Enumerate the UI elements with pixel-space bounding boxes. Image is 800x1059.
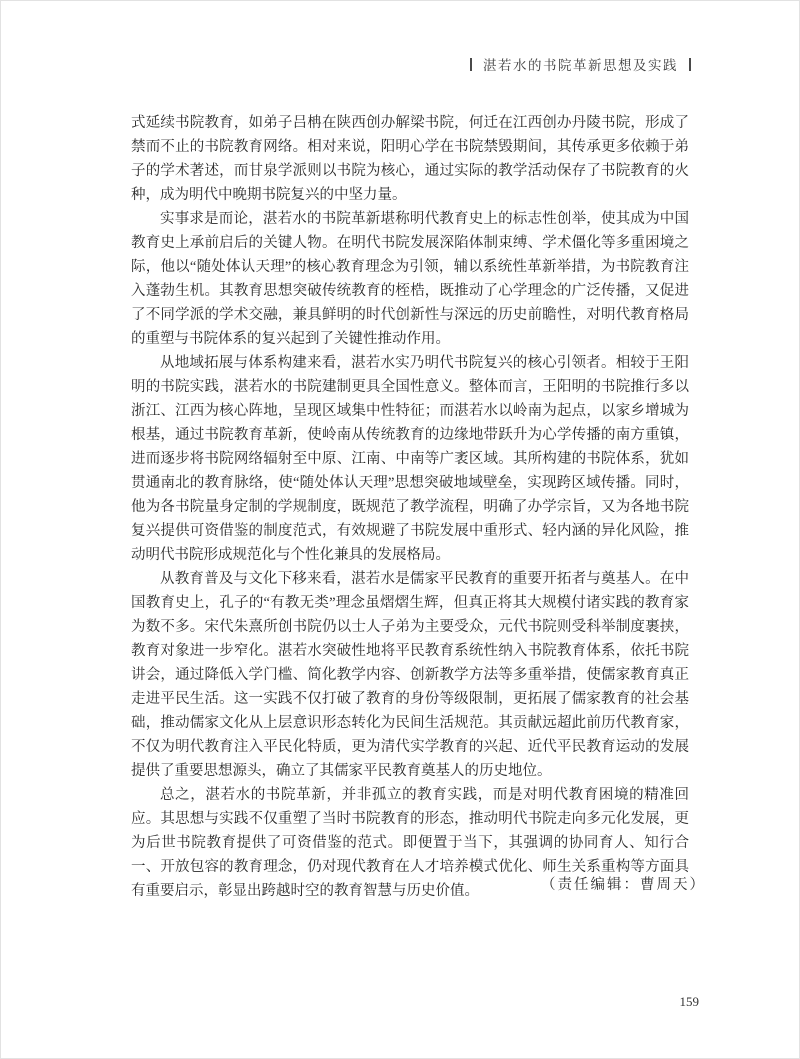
paragraph: 从地域拓展与体系构建来看，湛若水实乃明代书院复兴的核心引领者。相较于王阳明的书院… [131,351,689,567]
header-bar-right-icon [689,58,691,71]
paragraph-continuation: 式延续书院教育，如弟子吕柟在陕西创办解梁书院，何迁在江西创办丹陵书院，形成了禁而… [131,111,689,207]
editor-note: （责任编辑：曹周天） [541,873,706,894]
running-head: 湛若水的书院革新思想及实践 [470,54,691,74]
page-number: 159 [680,994,700,1010]
document-page: 湛若水的书院革新思想及实践 式延续书院教育，如弟子吕柟在陕西创办解梁书院，何迁在… [0,0,800,1059]
paragraph: 实事求是而论，湛若水的书院革新堪称明代教育史上的标志性创举，使其成为中国教育史上… [131,207,689,351]
paragraph: 从教育普及与文化下移来看，湛若水是儒家平民教育的重要开拓者与奠基人。在中国教育史… [131,567,689,783]
running-head-title: 湛若水的书院革新思想及实践 [483,54,678,74]
article-body: 式延续书院教育，如弟子吕柟在陕西创办解梁书院，何迁在江西创办丹陵书院，形成了禁而… [131,111,689,903]
header-bar-left-icon [470,58,472,71]
